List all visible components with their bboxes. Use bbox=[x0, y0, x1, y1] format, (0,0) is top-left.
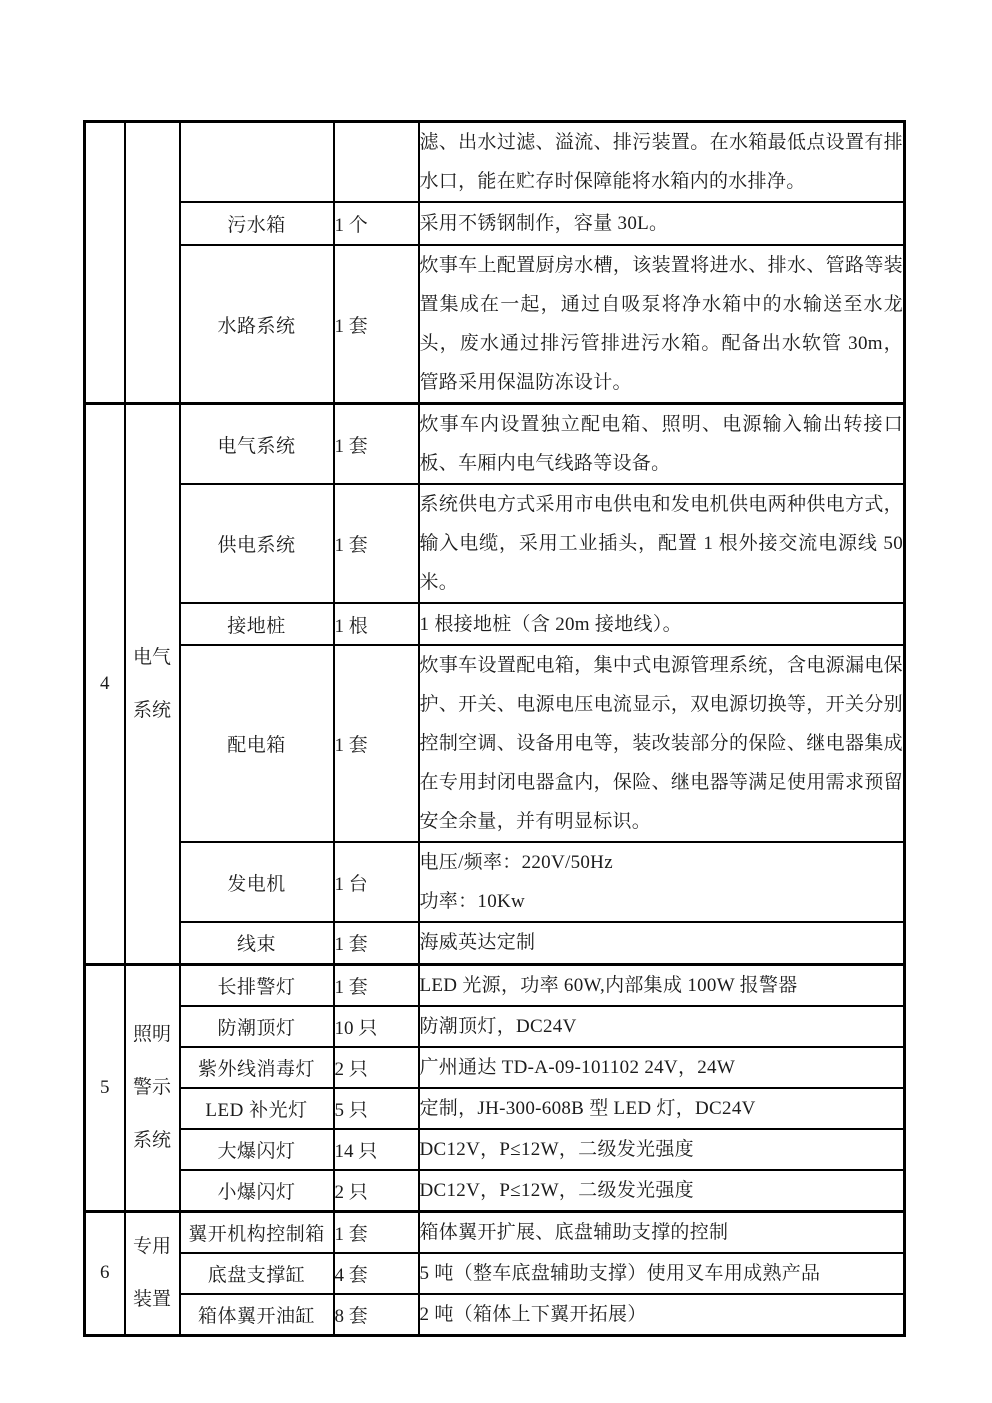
quantity-cell: 4 套 bbox=[334, 1253, 419, 1294]
quantity-cell bbox=[334, 122, 419, 203]
description-cell: 电压/频率：220V/50Hz 功率：10Kw bbox=[419, 842, 905, 922]
quantity-cell: 1 个 bbox=[334, 202, 419, 245]
table-row: 防潮顶灯 10 只 防潮顶灯，DC24V bbox=[85, 1006, 905, 1047]
quantity-cell: 14 只 bbox=[334, 1129, 419, 1170]
category-cell: 照明 警示 系统 bbox=[125, 964, 180, 1211]
table-row: 接地桩 1 根 1 根接地桩（含 20m 接地线）。 bbox=[85, 603, 905, 645]
quantity-cell: 1 套 bbox=[334, 645, 419, 842]
description-cell: LED 光源，功率 60W,内部集成 100W 报警器 bbox=[419, 964, 905, 1006]
item-name-cell: 发电机 bbox=[180, 842, 334, 922]
item-name-cell: 小爆闪灯 bbox=[180, 1170, 334, 1212]
table-row: 5 照明 警示 系统 长排警灯 1 套 LED 光源，功率 60W,内部集成 1… bbox=[85, 964, 905, 1006]
item-name-cell: 防潮顶灯 bbox=[180, 1006, 334, 1047]
row-number-cell: 6 bbox=[85, 1211, 125, 1335]
table-row: 4 电气 系统 电气系统 1 套 炊事车内设置独立配电箱、照明、电源输入输出转接… bbox=[85, 404, 905, 485]
section-lighting: 5 照明 警示 系统 长排警灯 1 套 LED 光源，功率 60W,内部集成 1… bbox=[85, 964, 905, 1211]
table-row: LED 补光灯 5 只 定制，JH-300-608B 型 LED 灯，DC24V bbox=[85, 1088, 905, 1129]
description-cell: 海威英达定制 bbox=[419, 922, 905, 964]
quantity-cell: 5 只 bbox=[334, 1088, 419, 1129]
quantity-cell: 10 只 bbox=[334, 1006, 419, 1047]
description-cell: 炊事车上配置厨房水槽，该装置将进水、排水、管路等装置集成在一起，通过自吸泵将净水… bbox=[419, 245, 905, 404]
spec-table: 滤、出水过滤、溢流、排污装置。在水箱最低点设置有排水口，能在贮存时保障能将水箱内… bbox=[83, 120, 906, 1337]
row-number-cell: 5 bbox=[85, 964, 125, 1211]
item-name-cell: 供电系统 bbox=[180, 484, 334, 603]
row-number-cell: 4 bbox=[85, 404, 125, 965]
quantity-cell: 1 根 bbox=[334, 603, 419, 645]
table-row: 箱体翼开油缸 8 套 2 吨（箱体上下翼开拓展） bbox=[85, 1294, 905, 1336]
item-name-cell: 电气系统 bbox=[180, 404, 334, 485]
category-cell: 电气 系统 bbox=[125, 404, 180, 965]
section-special: 6 专用 装置 翼开机构控制箱 1 套 箱体翼开扩展、底盘辅助支撑的控制 底盘支… bbox=[85, 1211, 905, 1335]
section-water: 滤、出水过滤、溢流、排污装置。在水箱最低点设置有排水口，能在贮存时保障能将水箱内… bbox=[85, 122, 905, 404]
quantity-cell: 2 只 bbox=[334, 1047, 419, 1088]
quantity-cell: 8 套 bbox=[334, 1294, 419, 1336]
quantity-cell: 1 套 bbox=[334, 245, 419, 404]
category-cell: 专用 装置 bbox=[125, 1211, 180, 1335]
table-row: 线束 1 套 海威英达定制 bbox=[85, 922, 905, 964]
table-row: 小爆闪灯 2 只 DC12V，P≤12W，二级发光强度 bbox=[85, 1170, 905, 1212]
item-name-cell: 长排警灯 bbox=[180, 964, 334, 1006]
table-row: 发电机 1 台 电压/频率：220V/50Hz 功率：10Kw bbox=[85, 842, 905, 922]
item-name-cell: 接地桩 bbox=[180, 603, 334, 645]
description-cell: 采用不锈钢制作，容量 30L。 bbox=[419, 202, 905, 245]
item-name-cell: 箱体翼开油缸 bbox=[180, 1294, 334, 1336]
description-cell: 防潮顶灯，DC24V bbox=[419, 1006, 905, 1047]
table-row: 底盘支撑缸 4 套 5 吨（整车底盘辅助支撑）使用叉车用成熟产品 bbox=[85, 1253, 905, 1294]
quantity-cell: 1 套 bbox=[334, 404, 419, 485]
table-row: 滤、出水过滤、溢流、排污装置。在水箱最低点设置有排水口，能在贮存时保障能将水箱内… bbox=[85, 122, 905, 203]
description-cell: 2 吨（箱体上下翼开拓展） bbox=[419, 1294, 905, 1336]
description-cell: 定制，JH-300-608B 型 LED 灯，DC24V bbox=[419, 1088, 905, 1129]
quantity-cell: 1 套 bbox=[334, 922, 419, 964]
description-cell: 1 根接地桩（含 20m 接地线）。 bbox=[419, 603, 905, 645]
item-name-cell: 大爆闪灯 bbox=[180, 1129, 334, 1170]
item-name-cell: 污水箱 bbox=[180, 202, 334, 245]
description-cell: 广州通达 TD-A-09-101102 24V，24W bbox=[419, 1047, 905, 1088]
description-cell: 5 吨（整车底盘辅助支撑）使用叉车用成熟产品 bbox=[419, 1253, 905, 1294]
description-cell: DC12V，P≤12W，二级发光强度 bbox=[419, 1129, 905, 1170]
description-cell: 箱体翼开扩展、底盘辅助支撑的控制 bbox=[419, 1211, 905, 1253]
quantity-cell: 1 套 bbox=[334, 484, 419, 603]
table-row: 6 专用 装置 翼开机构控制箱 1 套 箱体翼开扩展、底盘辅助支撑的控制 bbox=[85, 1211, 905, 1253]
quantity-cell: 1 套 bbox=[334, 964, 419, 1006]
table-row: 污水箱 1 个 采用不锈钢制作，容量 30L。 bbox=[85, 202, 905, 245]
item-name-cell: 翼开机构控制箱 bbox=[180, 1211, 334, 1253]
item-name-cell: 紫外线消毒灯 bbox=[180, 1047, 334, 1088]
table-row: 配电箱 1 套 炊事车设置配电箱，集中式电源管理系统，含电源漏电保护、开关、电源… bbox=[85, 645, 905, 842]
table-row: 水路系统 1 套 炊事车上配置厨房水槽，该装置将进水、排水、管路等装置集成在一起… bbox=[85, 245, 905, 404]
description-cell: 炊事车设置配电箱，集中式电源管理系统，含电源漏电保护、开关、电源电压电流显示，双… bbox=[419, 645, 905, 842]
section-electrical: 4 电气 系统 电气系统 1 套 炊事车内设置独立配电箱、照明、电源输入输出转接… bbox=[85, 404, 905, 965]
table-row: 大爆闪灯 14 只 DC12V，P≤12W，二级发光强度 bbox=[85, 1129, 905, 1170]
table-row: 供电系统 1 套 系统供电方式采用市电供电和发电机供电两种供电方式，输入电缆，采… bbox=[85, 484, 905, 603]
description-cell: 滤、出水过滤、溢流、排污装置。在水箱最低点设置有排水口，能在贮存时保障能将水箱内… bbox=[419, 122, 905, 203]
item-name-cell: 配电箱 bbox=[180, 645, 334, 842]
category-cell bbox=[125, 122, 180, 404]
quantity-cell: 2 只 bbox=[334, 1170, 419, 1212]
item-name-cell bbox=[180, 122, 334, 203]
description-cell: DC12V，P≤12W，二级发光强度 bbox=[419, 1170, 905, 1212]
item-name-cell: LED 补光灯 bbox=[180, 1088, 334, 1129]
quantity-cell: 1 套 bbox=[334, 1211, 419, 1253]
item-name-cell: 底盘支撑缸 bbox=[180, 1253, 334, 1294]
item-name-cell: 水路系统 bbox=[180, 245, 334, 404]
description-cell: 系统供电方式采用市电供电和发电机供电两种供电方式，输入电缆，采用工业插头，配置 … bbox=[419, 484, 905, 603]
document-page: 滤、出水过滤、溢流、排污装置。在水箱最低点设置有排水口，能在贮存时保障能将水箱内… bbox=[0, 0, 992, 1403]
table-row: 紫外线消毒灯 2 只 广州通达 TD-A-09-101102 24V，24W bbox=[85, 1047, 905, 1088]
quantity-cell: 1 台 bbox=[334, 842, 419, 922]
row-number-cell bbox=[85, 122, 125, 404]
item-name-cell: 线束 bbox=[180, 922, 334, 964]
description-cell: 炊事车内设置独立配电箱、照明、电源输入输出转接口板、车厢内电气线路等设备。 bbox=[419, 404, 905, 485]
